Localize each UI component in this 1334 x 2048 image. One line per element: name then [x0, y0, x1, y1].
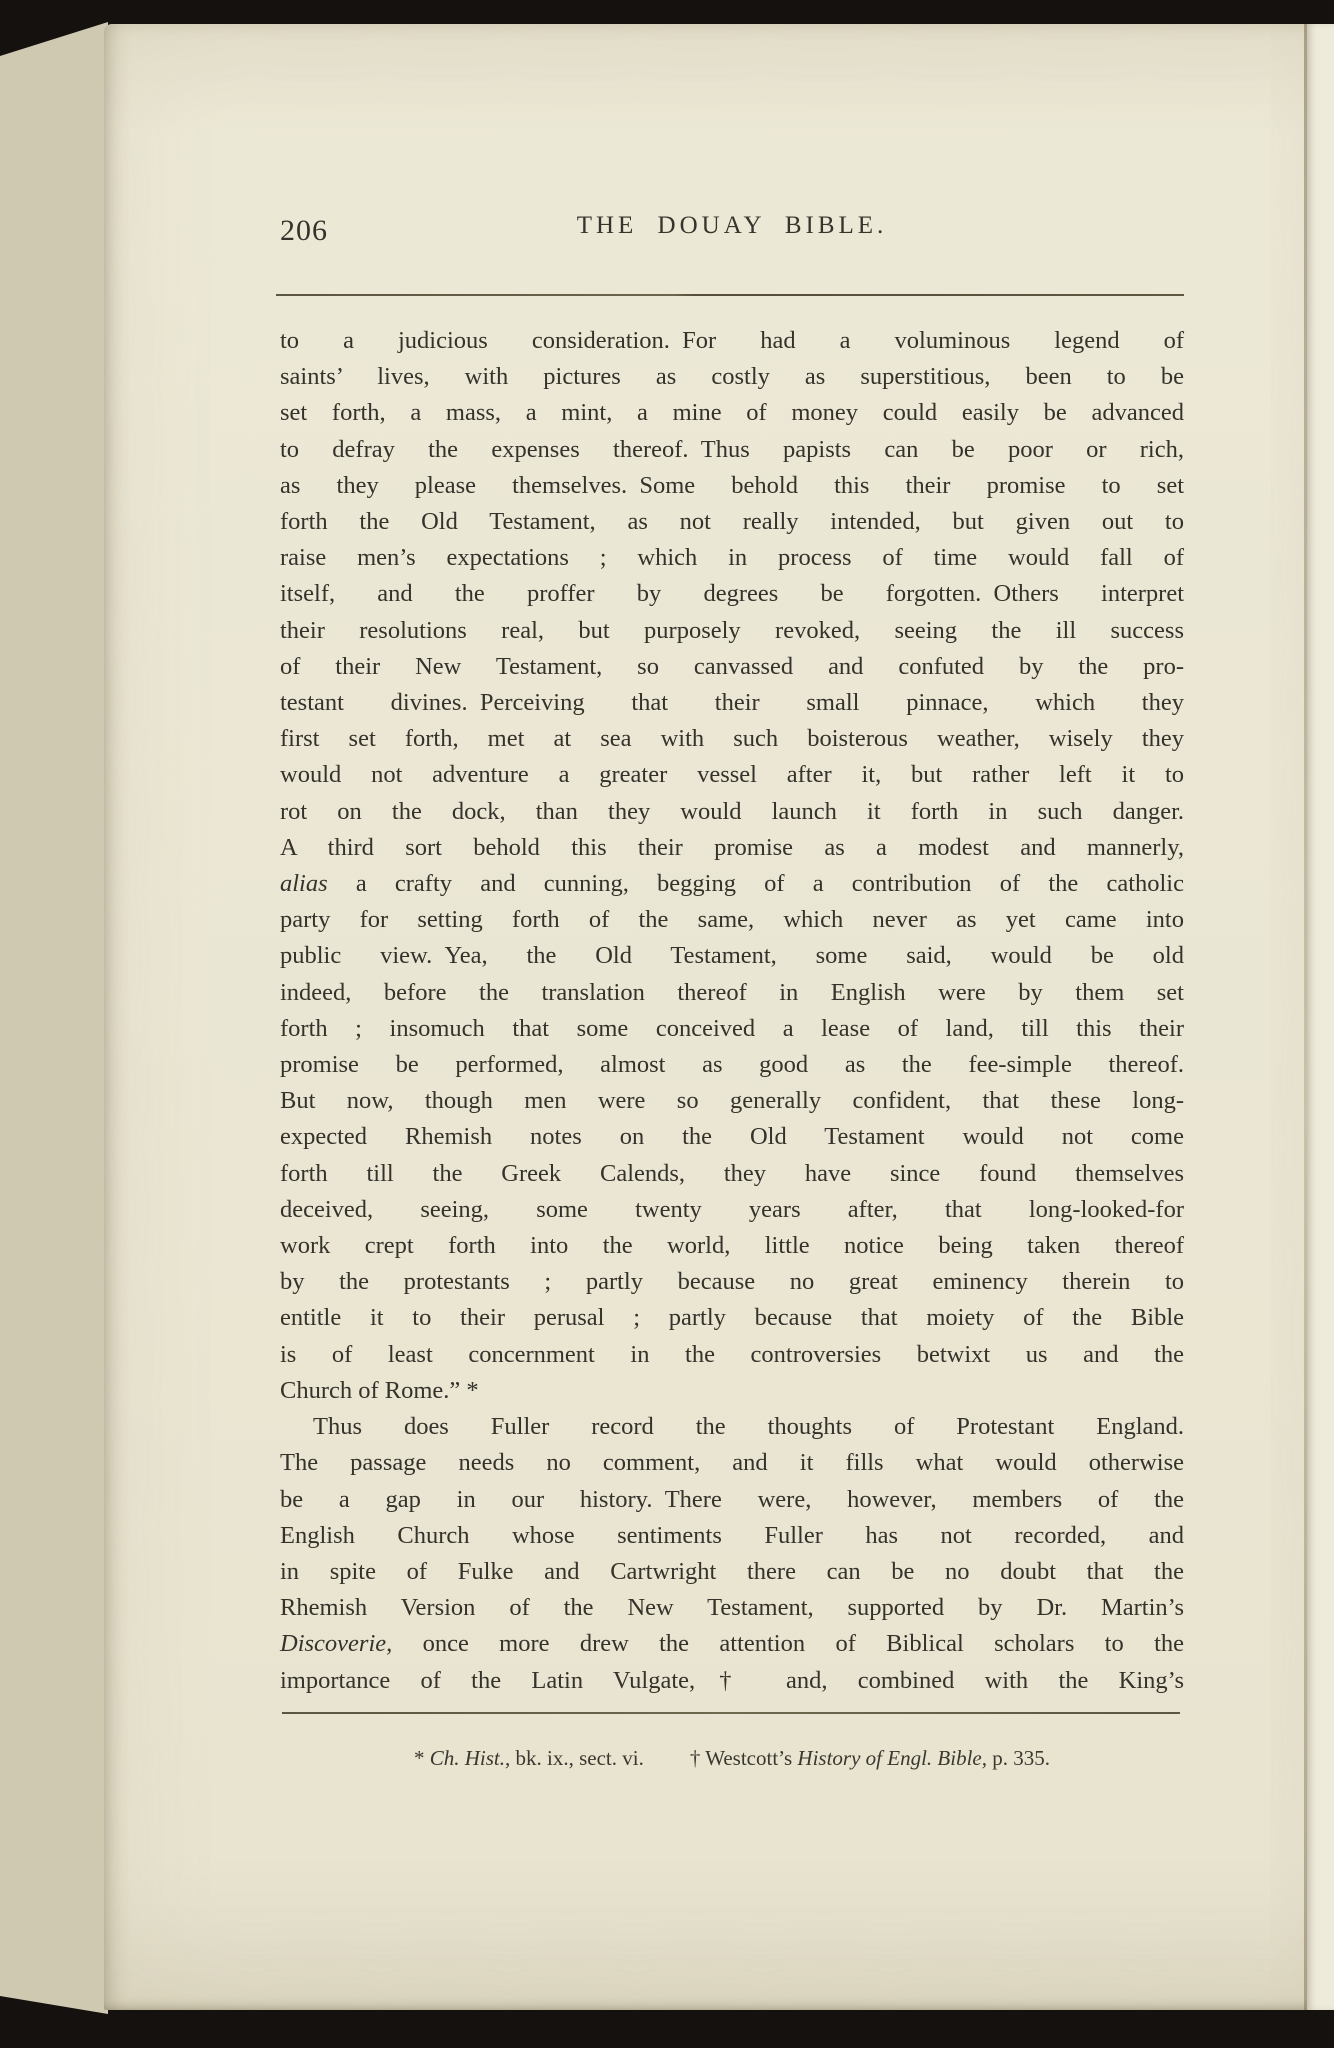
italic-text: alias: [280, 870, 328, 897]
text-segment: testant divines. Perceiving that their s…: [280, 689, 1184, 716]
text-line: party for setting forth of the same, whi…: [280, 902, 1184, 938]
text-line: Discoverie, once more drew the attention…: [280, 1626, 1184, 1662]
page-number: 206: [280, 214, 328, 248]
text-segment: to a judicious consideration. For had a …: [280, 327, 1184, 354]
header-rule: [276, 294, 1184, 296]
text-line: The passage needs no comment, and it fil…: [280, 1445, 1184, 1481]
text-line: Thus does Fuller record the thoughts of …: [280, 1409, 1184, 1445]
text-segment: bk. ix., sect. vi.: [510, 1746, 644, 1770]
text-line: English Church whose sentiments Fuller h…: [280, 1518, 1184, 1554]
text-line: forth ; insomuch that some conceived a l…: [280, 1011, 1184, 1047]
text-line: public view. Yea, the Old Testament, som…: [280, 938, 1184, 974]
text-segment: their resolutions real, but purposely re…: [280, 617, 1184, 644]
text-segment: public view. Yea, the Old Testament, som…: [280, 942, 1184, 969]
text-line: alias a crafty and cunning, begging of a…: [280, 866, 1184, 902]
text-segment: a crafty and cunning, begging of a contr…: [328, 870, 1184, 897]
page-header: 206 THE DOUAY BIBLE.: [280, 212, 1184, 252]
text-segment: deceived, seeing, some twenty years afte…: [280, 1196, 1184, 1223]
text-segment: † Westcott’s: [690, 1746, 798, 1770]
text-line: forth the Old Testament, as not really i…: [280, 504, 1184, 540]
text-segment: expected Rhemish notes on the Old Testam…: [280, 1123, 1184, 1150]
italic-text: History of Engl. Bible,: [797, 1746, 987, 1770]
text-line: promise be performed, almost as good as …: [280, 1047, 1184, 1083]
text-line: to defray the expenses thereof. Thus pap…: [280, 432, 1184, 468]
text-segment: The passage needs no comment, and it fil…: [280, 1449, 1184, 1476]
book-page: 206 THE DOUAY BIBLE. to a judicious cons…: [104, 24, 1334, 2010]
text-segment: be a gap in our history. There were, how…: [280, 1486, 1184, 1513]
text-segment: Rhemish Version of the New Testament, su…: [280, 1594, 1184, 1621]
text-segment: work crept forth into the world, little …: [280, 1232, 1184, 1259]
text-segment: English Church whose sentiments Fuller h…: [280, 1522, 1184, 1549]
text-line: would not adventure a greater vessel aft…: [280, 757, 1184, 793]
text-line: Rhemish Version of the New Testament, su…: [280, 1590, 1184, 1626]
text-segment: entitle it to their perusal ; partly bec…: [280, 1304, 1184, 1331]
body-text: to a judicious consideration. For had a …: [280, 323, 1184, 1699]
text-line: A third sort behold this their promise a…: [280, 830, 1184, 866]
footnote-2: † Westcott’s History of Engl. Bible, p. …: [690, 1746, 1050, 1771]
text-line: forth till the Greek Calends, they have …: [280, 1156, 1184, 1192]
text-line: entitle it to their perusal ; partly bec…: [280, 1300, 1184, 1336]
text-line: deceived, seeing, some twenty years afte…: [280, 1192, 1184, 1228]
footnote-rule: [282, 1712, 1180, 1714]
text-segment: rot on the dock, than they would launch …: [280, 798, 1184, 825]
text-line: is of least concernment in the controver…: [280, 1337, 1184, 1373]
text-segment: forth till the Greek Calends, they have …: [280, 1160, 1184, 1187]
italic-text: Discoverie,: [280, 1630, 392, 1657]
italic-text: Ch. Hist.,: [430, 1746, 511, 1770]
text-line: itself, and the proffer by degrees be fo…: [280, 576, 1184, 612]
text-segment: by the protestants ; partly because no g…: [280, 1268, 1184, 1295]
text-segment: *: [414, 1746, 430, 1770]
text-line: in spite of Fulke and Cartwright there c…: [280, 1554, 1184, 1590]
text-line: first set forth, met at sea with such bo…: [280, 721, 1184, 757]
text-line: But now, though men were so generally co…: [280, 1083, 1184, 1119]
text-line: expected Rhemish notes on the Old Testam…: [280, 1119, 1184, 1155]
text-line: their resolutions real, but purposely re…: [280, 613, 1184, 649]
text-segment: saints’ lives, with pictures as costly a…: [280, 363, 1184, 390]
text-segment: p. 335.: [987, 1746, 1050, 1770]
text-line: work crept forth into the world, little …: [280, 1228, 1184, 1264]
text-line: to a judicious consideration. For had a …: [280, 323, 1184, 359]
text-segment: Church of Rome.” *: [280, 1377, 479, 1404]
text-segment: promise be performed, almost as good as …: [280, 1051, 1184, 1078]
text-segment: But now, though men were so generally co…: [280, 1087, 1184, 1114]
text-segment: Thus does Fuller record the thoughts of …: [313, 1413, 1184, 1440]
text-segment: A third sort behold this their promise a…: [280, 834, 1184, 861]
text-line: of their New Testament, so canvassed and…: [280, 649, 1184, 685]
text-line: Church of Rome.” *: [280, 1373, 1184, 1409]
text-segment: in spite of Fulke and Cartwright there c…: [280, 1558, 1184, 1585]
page-stack-fore-edge: [0, 22, 108, 2014]
text-line: as they please themselves. Some behold t…: [280, 468, 1184, 504]
text-segment: as they please themselves. Some behold t…: [280, 472, 1184, 499]
text-segment: party for setting forth of the same, whi…: [280, 906, 1184, 933]
text-segment: raise men’s expectations ; which in proc…: [280, 544, 1184, 571]
next-page-edge: [1307, 24, 1334, 2010]
running-header: THE DOUAY BIBLE.: [280, 212, 1184, 240]
text-segment: first set forth, met at sea with such bo…: [280, 725, 1184, 752]
text-line: indeed, before the translation thereof i…: [280, 975, 1184, 1011]
text-segment: itself, and the proffer by degrees be fo…: [280, 580, 1184, 607]
text-line: set forth, a mass, a mint, a mine of mon…: [280, 395, 1184, 431]
text-segment: to defray the expenses thereof. Thus pap…: [280, 436, 1184, 463]
text-segment: indeed, before the translation thereof i…: [280, 979, 1184, 1006]
text-line: importance of the Latin Vulgate,† and, c…: [280, 1663, 1184, 1699]
text-line: by the protestants ; partly because no g…: [280, 1264, 1184, 1300]
text-line: testant divines. Perceiving that their s…: [280, 685, 1184, 721]
text-segment: forth the Old Testament, as not really i…: [280, 508, 1184, 535]
text-line: saints’ lives, with pictures as costly a…: [280, 359, 1184, 395]
text-segment: once more drew the attention of Biblical…: [392, 1630, 1184, 1657]
footnotes: * Ch. Hist., bk. ix., sect. vi.† Westcot…: [280, 1746, 1184, 1771]
text-segment: of their New Testament, so canvassed and…: [280, 653, 1184, 680]
footnote-1: * Ch. Hist., bk. ix., sect. vi.: [414, 1746, 644, 1771]
text-segment: would not adventure a greater vessel aft…: [280, 761, 1184, 788]
text-segment: importance of the Latin Vulgate,† and, c…: [280, 1667, 1184, 1694]
text-line: be a gap in our history. There were, how…: [280, 1482, 1184, 1518]
text-line: rot on the dock, than they would launch …: [280, 794, 1184, 830]
text-segment: set forth, a mass, a mint, a mine of mon…: [280, 399, 1184, 426]
text-line: raise men’s expectations ; which in proc…: [280, 540, 1184, 576]
text-segment: is of least concernment in the controver…: [280, 1341, 1184, 1368]
text-segment: forth ; insomuch that some conceived a l…: [280, 1015, 1184, 1042]
